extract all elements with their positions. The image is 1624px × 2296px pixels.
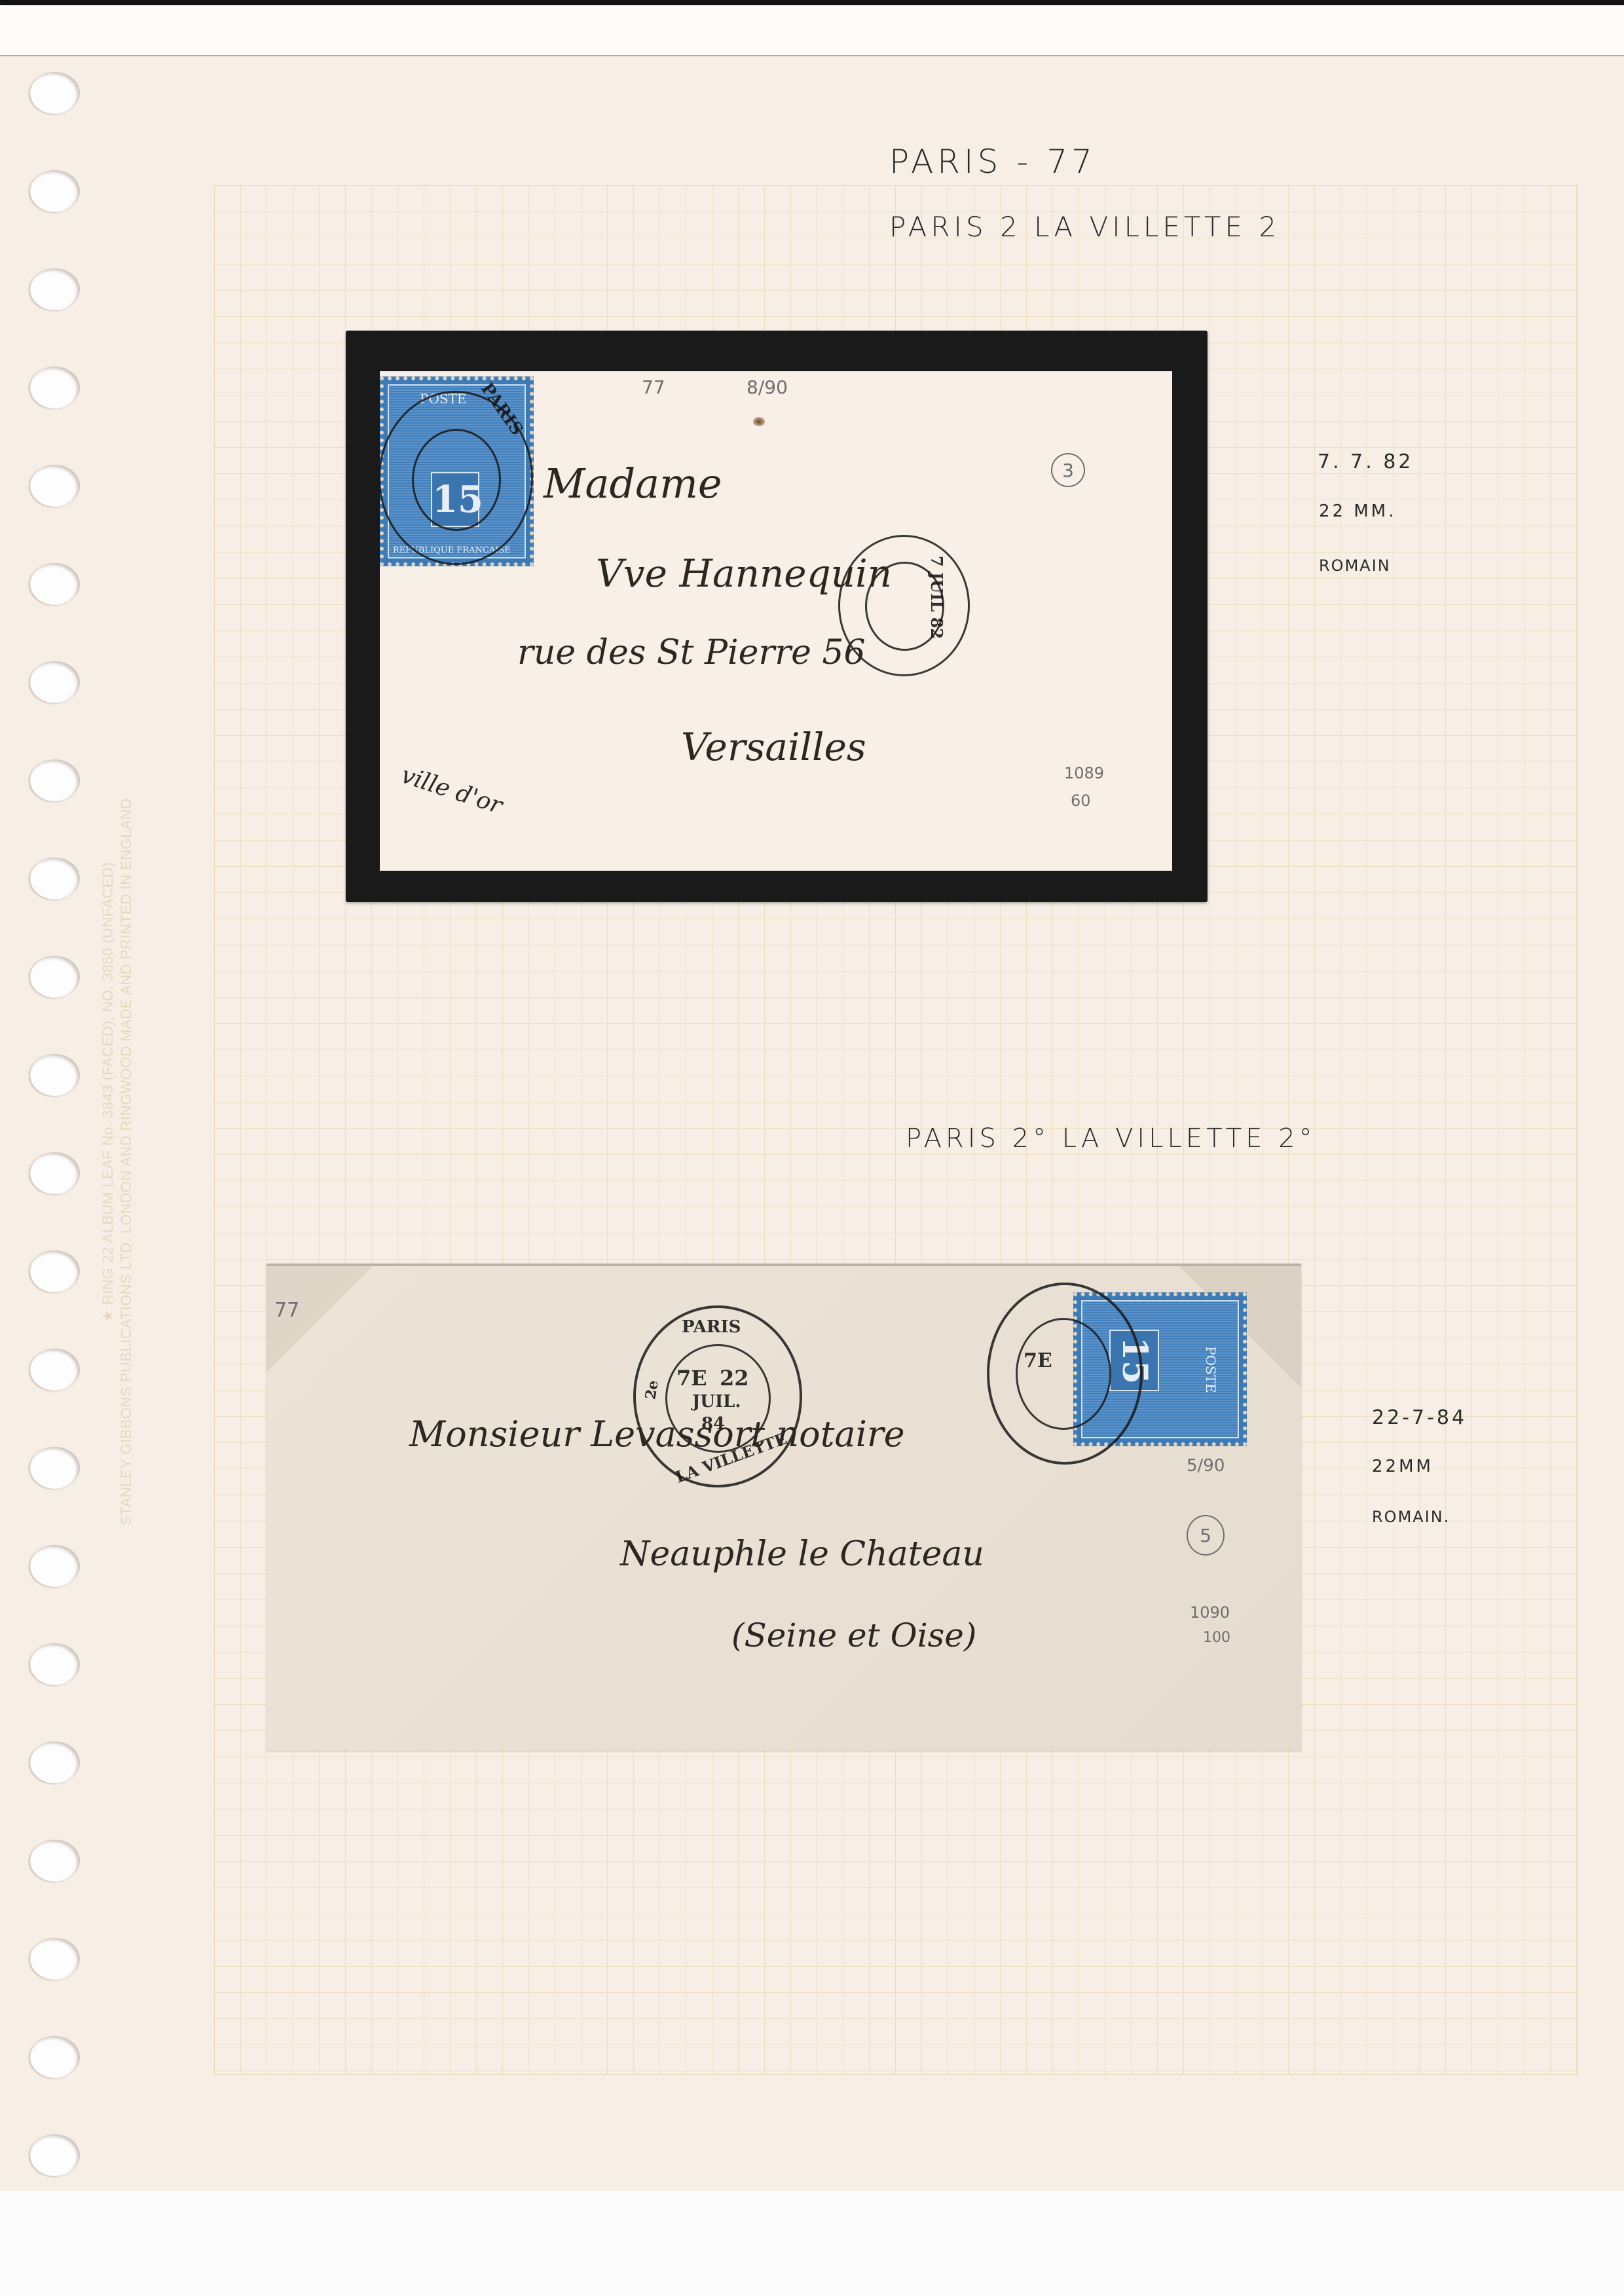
pencil-price: 100 [1203, 1630, 1230, 1646]
section1-subtitle: PARIS 2 LA VILLETTE 2 [889, 211, 1280, 243]
mourning-cover: 77 8/90 3 POSTE 15 REPUBLIQUE FRANCAISE … [380, 371, 1172, 871]
punch-hole [30, 1250, 80, 1292]
section2-title-text: PARIS 2° LA VILLETTE 2° [906, 1123, 1316, 1154]
punch-hole [30, 759, 80, 801]
section1-title: PARIS - 77 [889, 143, 1096, 181]
address-line-1: Madame [544, 460, 722, 507]
punch-hole [30, 1840, 80, 1882]
section1-size-note: 22 MM. [1319, 501, 1396, 521]
postmark-hour: 7E [676, 1366, 707, 1391]
pencil-date: 8/90 [747, 376, 788, 398]
pencil-ref: 77 [274, 1299, 299, 1322]
pencil-price: 60 [1071, 792, 1091, 810]
punch-hole [30, 1349, 80, 1391]
section2-type-note: ROMAIN. [1372, 1508, 1450, 1526]
punch-hole [30, 268, 80, 310]
section2-title: PARIS 2° LA VILLETTE 2° [906, 1123, 1316, 1154]
address-line-3: (Seine et Oise) [731, 1616, 976, 1654]
punch-hole [30, 72, 80, 114]
punch-hole [30, 465, 80, 507]
section2-size-note: 22MM [1372, 1457, 1433, 1476]
scanner-edge [0, 0, 1624, 5]
postmark-arrondissement: 2e [642, 1379, 662, 1400]
cover-envelope: 77 PARIS 7E 22 JUIL. 84 2e LA VILLETTE 1… [267, 1264, 1301, 1751]
postmark-hour: 7E [1024, 1349, 1052, 1372]
punch-hole [30, 1152, 80, 1194]
punch-hole [30, 1938, 80, 1980]
address-line-2: Vve Hannequin [596, 551, 892, 596]
section1-type-note: ROMAIN [1319, 556, 1391, 575]
punch-hole [30, 1741, 80, 1783]
address-line-2: Neauphle le Chateau [620, 1535, 984, 1574]
postmark-on-stamp: PARIS [378, 391, 533, 565]
punch-hole [30, 2134, 80, 2176]
postmark-day: 22 [720, 1366, 749, 1391]
section1-date-note: 7. 7. 82 [1318, 450, 1414, 473]
punch-hole [30, 1054, 80, 1096]
section2-date-note: 22-7-84 [1372, 1406, 1467, 1429]
punch-hole [30, 1643, 80, 1685]
punch-hole [30, 2036, 80, 2078]
paper-stain [753, 417, 765, 426]
scanner-margin-top [0, 5, 1624, 55]
leaf-imprint-line-2: STANLEY GIBBONS PUBLICATIONS LTD. LONDON… [118, 798, 135, 1525]
pencil-date: 5/90 [1187, 1456, 1225, 1476]
stamp-poste-label: POSTE [1203, 1346, 1219, 1393]
pencil-circled-number: 5 [1187, 1515, 1225, 1556]
pencil-catalogue-ref: 1090 [1190, 1603, 1230, 1622]
punch-hole [30, 858, 80, 900]
postmark-month: JUIL. [692, 1392, 741, 1412]
punch-hole [30, 1545, 80, 1587]
side-annotation: ville d'or [398, 761, 506, 819]
punch-hole [30, 661, 80, 703]
postmark-date: 7 JUIL 82 [927, 556, 946, 639]
address-line-3: rue des St Pierre 56 [517, 633, 866, 672]
punch-hole [30, 956, 80, 998]
punch-hole [30, 1447, 80, 1489]
address-line-4: Versailles [681, 725, 866, 769]
address-line-1: Monsieur Levassort notaire [409, 1413, 905, 1455]
scanner-margin-bottom [0, 2191, 1624, 2296]
postmark-on-stamp: 7E [987, 1283, 1143, 1465]
postmark-la-villette: PARIS 7E 22 JUIL. 84 2e LA VILLETTE [633, 1305, 802, 1487]
pencil-ref: 77 [642, 376, 665, 398]
postmark-city: PARIS [682, 1317, 741, 1337]
pencil-circled-number: 3 [1051, 453, 1085, 487]
leaf-imprint-line-1: ★ RING 22 ALBUM LEAF No. 3843 (FACED), N… [100, 862, 117, 1322]
punch-hole [30, 170, 80, 212]
pencil-catalogue-ref: 1089 [1064, 764, 1104, 782]
punch-hole [30, 563, 80, 605]
punch-hole [30, 367, 80, 409]
